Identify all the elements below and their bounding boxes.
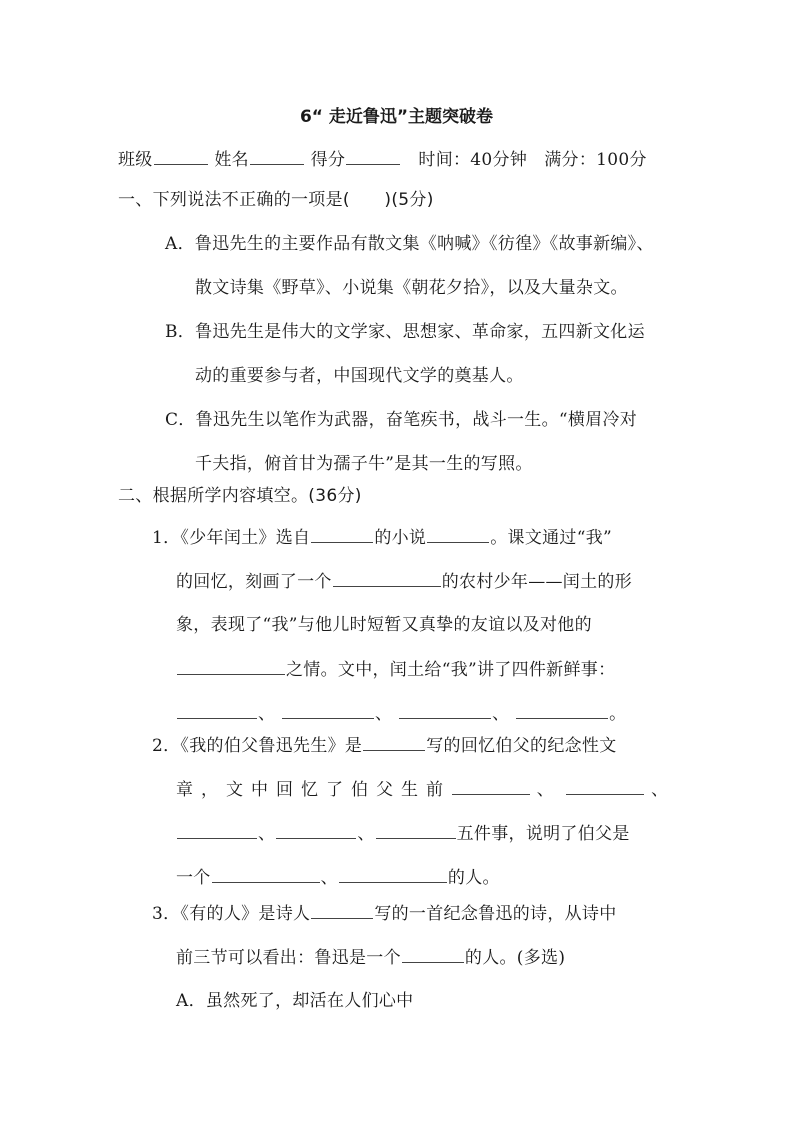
option-b-line2: 动的重要参与者，中国现代文学的奠基人。 (195, 364, 524, 388)
q1-blank-description[interactable] (333, 569, 441, 587)
class-blank[interactable] (154, 147, 208, 165)
q1-line3: 象，表现了“我”与他儿时短暂又真挚的友谊以及对他的 (176, 613, 592, 637)
q1-blank-story-3[interactable] (399, 701, 491, 719)
option-b-line1: B．鲁迅先生是伟大的文学家、思想家、革命家，五四新文化运 (165, 320, 645, 344)
q2-line2: 章，文中回忆了伯父生前 、 、 (176, 777, 668, 802)
separator: 、 (321, 868, 338, 888)
separator: 、 (258, 704, 275, 724)
section2-heading: 二、根据所学内容填空。(36分) (118, 484, 362, 508)
q3-text: 的人。(多选) (465, 948, 565, 968)
score-label: 得分 (311, 150, 346, 170)
option-a-line2: 散文诗集《野草》、小说集《朝花夕拾》，以及大量杂文。 (195, 276, 628, 300)
score-blank[interactable] (346, 147, 400, 165)
q2-line3: 、、五件事，说明了伯父是 (176, 821, 630, 846)
separator: 、 (357, 824, 374, 844)
q1-line5: 、 、 、 。 (176, 701, 626, 726)
q1-line1: 1．《少年闰土》选自的小说。课文通过“我” (152, 525, 612, 550)
q1-blank-feeling[interactable] (177, 657, 285, 675)
separator: 、 (375, 704, 392, 724)
q1-blank-author[interactable] (311, 525, 373, 543)
q1-text: 的小说 (374, 528, 426, 548)
q1-line2: 的回忆，刻画了一个的农村少年——闰土的形 (176, 569, 632, 594)
option-c-line1: C．鲁迅先生以笔作为武器，奋笔疾书，战斗一生。“横眉冷对 (165, 408, 637, 432)
option-a-line1: A．鲁迅先生的主要作品有散文集《呐喊》《彷徨》《故事新编》、 (165, 232, 654, 256)
period: 。 (609, 704, 626, 724)
q2-blank-event-4[interactable] (276, 821, 356, 839)
q1-text: 1．《少年闰土》选自 (152, 528, 310, 548)
q2-blank-trait-1[interactable] (212, 865, 320, 883)
q2-text: 章，文中回忆了伯父生前 (176, 780, 451, 800)
q1-text: 的农村少年——闰土的形 (442, 572, 632, 592)
q1-text: 之情。文中，闰土给“我”讲了四件新鲜事： (286, 660, 615, 680)
q1-blank-story-2[interactable] (282, 701, 374, 719)
q1-line4: 之情。文中，闰土给“我”讲了四件新鲜事： (176, 657, 615, 682)
q3-blank-poet[interactable] (311, 901, 373, 919)
q1-blank-novel[interactable] (427, 525, 489, 543)
q3-text: 前三节可以看出：鲁迅是一个 (176, 948, 401, 968)
exam-page: 6“ 走近鲁迅”主题突破卷 班级 姓名 得分 时间：40分钟 满分：100分 一… (0, 0, 793, 1122)
q2-line4: 一个、的人。 (176, 865, 500, 890)
q2-text: 2．《我的伯父鲁迅先生》是 (152, 736, 362, 756)
option-c-line2: 千夫指，俯首甘为孺子牛”是其一生的写照。 (195, 452, 533, 476)
q2-text: 五件事，说明了伯父是 (457, 824, 630, 844)
separator: 、 (651, 780, 668, 800)
q1-text: 的回忆，刻画了一个 (176, 572, 332, 592)
q3-option-a: A．虽然死了，却活在人们心中 (176, 989, 413, 1013)
separator: 、 (537, 780, 554, 800)
q2-blank-trait-2[interactable] (339, 865, 447, 883)
q3-text: 3．《有的人》是诗人 (152, 904, 310, 924)
q1-text: 。课文通过“我” (490, 528, 612, 548)
separator: 、 (258, 824, 275, 844)
time-text: 时间：40分钟 (418, 150, 527, 170)
q1-blank-story-4[interactable] (516, 701, 608, 719)
q2-text: 的人。 (448, 868, 500, 888)
name-label: 姓名 (214, 150, 249, 170)
q3-line2: 前三节可以看出：鲁迅是一个的人。(多选) (176, 945, 565, 970)
q2-text: 写的回忆伯父的纪念性文 (426, 736, 616, 756)
q3-text: 写的一首纪念鲁迅的诗，从诗中 (374, 904, 616, 924)
q3-blank-trait[interactable] (402, 945, 464, 963)
class-label: 班级 (118, 150, 153, 170)
student-info-line: 班级 姓名 得分 时间：40分钟 满分：100分 (118, 147, 647, 172)
q2-blank-event-3[interactable] (177, 821, 257, 839)
q2-text: 一个 (176, 868, 211, 888)
q3-line1: 3．《有的人》是诗人写的一首纪念鲁迅的诗，从诗中 (152, 901, 617, 926)
q2-blank-event-2[interactable] (566, 777, 644, 795)
q2-blank-event-5[interactable] (376, 821, 456, 839)
q1-blank-story-1[interactable] (177, 701, 257, 719)
q2-blank-event-1[interactable] (452, 777, 530, 795)
full-score-text: 满分：100分 (544, 150, 647, 170)
q2-line1: 2．《我的伯父鲁迅先生》是写的回忆伯父的纪念性文 (152, 733, 617, 758)
q2-blank-author[interactable] (363, 733, 425, 751)
page-title: 6“ 走近鲁迅”主题突破卷 (0, 104, 793, 130)
section1-heading: 一、下列说法不正确的一项是( )(5分) (118, 188, 434, 212)
separator: 、 (492, 704, 509, 724)
name-blank[interactable] (250, 147, 304, 165)
